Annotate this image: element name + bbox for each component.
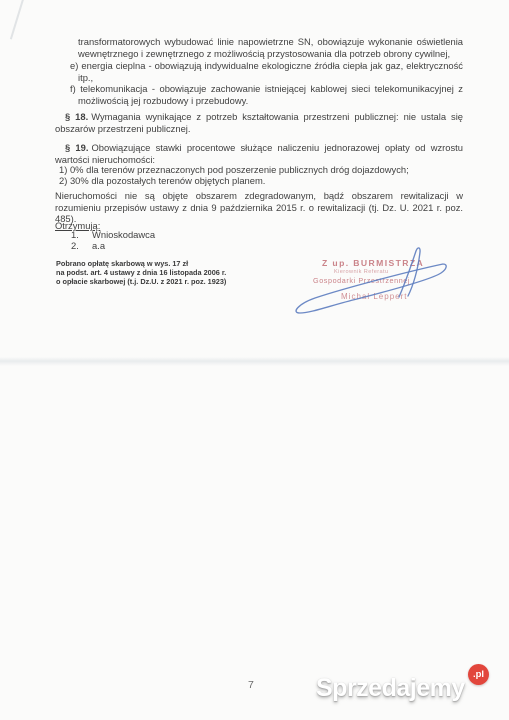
numbered-item-text: 30% dla pozostałych terenów objętych pla…: [70, 175, 265, 186]
numbered-item-label: 1): [59, 164, 67, 175]
paragraph-18-text: Wymagania wynikające z potrzeb kształtow…: [55, 111, 463, 134]
list-item-text: energia cieplna - obowiązują indywidualn…: [78, 60, 463, 83]
scanned-document-page: transformatorowych wybudować linie napow…: [0, 0, 509, 720]
recipient-text: Wnioskodawca: [92, 229, 155, 240]
stamp-subtitle: Kierownik Referatu: [334, 269, 388, 275]
numbered-item-1: 1) 0% dla terenów przeznaczonych pod pos…: [59, 164, 463, 175]
recipient-text: a.a: [92, 240, 105, 251]
watermark-pl-badge: .pl: [468, 664, 489, 685]
numbered-item-2: 2) 30% dla pozostałych terenów objętych …: [59, 175, 463, 186]
numbered-item-text: 0% dla terenów przeznaczonych pod poszer…: [70, 164, 409, 175]
list-item-e: e) energia cieplna - obowiązują indywidu…: [70, 60, 463, 83]
list-item-label: f): [70, 83, 76, 94]
watermark-wordmark: Sprzedajemy: [316, 674, 465, 702]
scan-fold-line: [0, 357, 509, 366]
list-item-text: telekomunikacja - obowiązuje zachowanie …: [78, 83, 463, 106]
stamp-duty-note-line: o opłacie skarbowej (t.j. Dz.U. z 2021 r…: [56, 277, 226, 286]
paragraph-revitalization-note: Nieruchomości nie są objęte obszarem zde…: [55, 190, 463, 225]
paragraph-19: § 19.Obowiązujące stawki procentowe służ…: [55, 142, 463, 165]
paragraph-19-number: § 19.: [65, 142, 88, 153]
paragraph-18: § 18.Wymagania wynikające z potrzeb kszt…: [55, 111, 463, 134]
page-number: 7: [248, 679, 254, 691]
lettered-list: e) energia cieplna - obowiązują indywidu…: [70, 60, 463, 107]
recipients-list: 1.Wnioskodawca 2.a.a: [71, 230, 155, 252]
recipient-number: 2.: [71, 241, 92, 252]
stamp-duty-note-line: Pobrano opłatę skarbową w wys. 17 zł: [56, 259, 226, 268]
stamp-title: Z up. BURMISTRZA: [322, 258, 424, 268]
list-item-label: e): [70, 60, 78, 71]
list-item-f: f) telekomunikacja - obowiązuje zachowan…: [70, 83, 463, 106]
paragraph-19-text: Obowiązujące stawki procentowe służące n…: [55, 142, 463, 165]
recipient-item: 1.Wnioskodawca: [71, 230, 155, 241]
stamp-department: Gospodarki Przestrzennej: [313, 276, 410, 285]
numbered-list: 1) 0% dla terenów przeznaczonych pod pos…: [59, 164, 463, 187]
stamp-duty-note: Pobrano opłatę skarbową w wys. 17 zł na …: [56, 259, 226, 286]
numbered-item-label: 2): [59, 175, 67, 186]
paragraph-utilities-continuation: transformatorowych wybudować linie napow…: [78, 36, 463, 59]
scan-scratch-artifact: [10, 0, 24, 39]
paragraph-18-number: § 18.: [65, 111, 88, 122]
stamp-duty-note-line: na podst. art. 4 ustawy z dnia 16 listop…: [56, 268, 226, 277]
recipient-item: 2.a.a: [71, 241, 155, 252]
stamp-signer-name: Michał Leppert: [341, 292, 407, 301]
sprzedajemy-watermark: Sprzedajemy .pl: [316, 674, 465, 703]
